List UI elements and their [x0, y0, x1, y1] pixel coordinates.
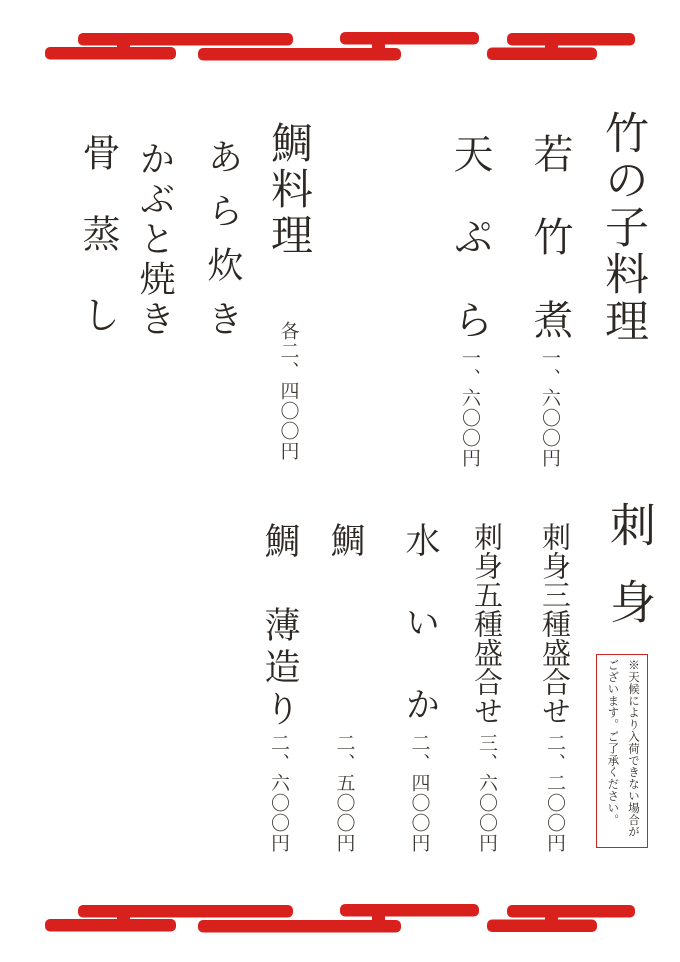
section-title-sashimi: 刺身 — [597, 501, 663, 624]
notice-line-2: ございます。ご了承ください。 — [606, 659, 620, 826]
weather-notice-box: ※天候により入荷できない場合が ございます。ご了承ください。 — [596, 654, 648, 848]
menu-item-sashimi-sanshu: 刺身三種盛合せ 二、二〇〇円 — [535, 522, 576, 852]
item-price: 一、六〇〇円 — [537, 348, 564, 468]
menu-item-kabutoyaki: かぶと焼き — [129, 140, 180, 336]
item-name: かぶと焼き — [129, 140, 180, 340]
item-name: あら炊き — [197, 138, 248, 354]
menu-item-tempura: 天ぷら 一、六〇〇円 — [442, 133, 499, 467]
item-name: 骨蒸し — [71, 133, 126, 376]
item-price: 三、六〇〇円 — [474, 733, 501, 853]
item-price: 一、六〇〇円 — [457, 348, 484, 468]
item-name: 鯛 薄造り — [254, 522, 305, 732]
item-price: 二、六〇〇円 — [266, 733, 293, 853]
section-price: 各二、四〇〇円 — [276, 321, 303, 461]
menu-item-wakatakeni: 若竹煮 一、六〇〇円 — [522, 133, 579, 467]
item-name: 水いか — [395, 522, 445, 768]
section-title-takenoko: 竹の子料理 — [590, 110, 654, 342]
menu-item-mizuika: 水いか 二、四〇〇円 — [395, 522, 445, 852]
item-name: 若竹煮 — [522, 133, 579, 382]
bottom-border-ornament — [45, 902, 635, 934]
item-name: 刺身三種盛合せ — [535, 522, 576, 725]
section-title-text: 鯛料理 — [259, 121, 319, 259]
menu-item-aradaki: あら炊き — [197, 138, 248, 336]
menu-page: 竹の子料理 若竹煮 一、六〇〇円 天ぷら 一、六〇〇円 鯛料理 各二、四〇〇円 … — [0, 0, 680, 962]
item-name: 天ぷら — [442, 133, 499, 382]
section-title-text: 竹の子料理 — [590, 110, 654, 345]
item-price: 二、四〇〇円 — [407, 733, 434, 853]
item-name: 鯛 — [320, 522, 370, 557]
top-border-ornament — [45, 30, 635, 62]
menu-item-tai-usuzukuri: 鯛 薄造り 二、六〇〇円 — [254, 522, 305, 852]
notice-line-1: ※天候により入荷できない場合が — [627, 659, 641, 838]
item-name: 刺身五種盛合せ — [467, 522, 508, 725]
menu-item-sashimi-goshu: 刺身五種盛合せ 三、六〇〇円 — [467, 522, 508, 852]
brush-rule-icon — [45, 902, 635, 934]
brush-rule-icon — [45, 30, 635, 62]
menu-item-tai: 鯛 二、五〇〇円 — [320, 522, 370, 852]
section-title-tai-ryori: 鯛料理 各二、四〇〇円 — [259, 121, 319, 460]
menu-item-honemushi: 骨蒸し — [71, 133, 126, 333]
item-price: 二、五〇〇円 — [332, 733, 359, 853]
section-title-text: 刺身 — [597, 501, 663, 655]
item-price: 二、二〇〇円 — [542, 733, 569, 853]
